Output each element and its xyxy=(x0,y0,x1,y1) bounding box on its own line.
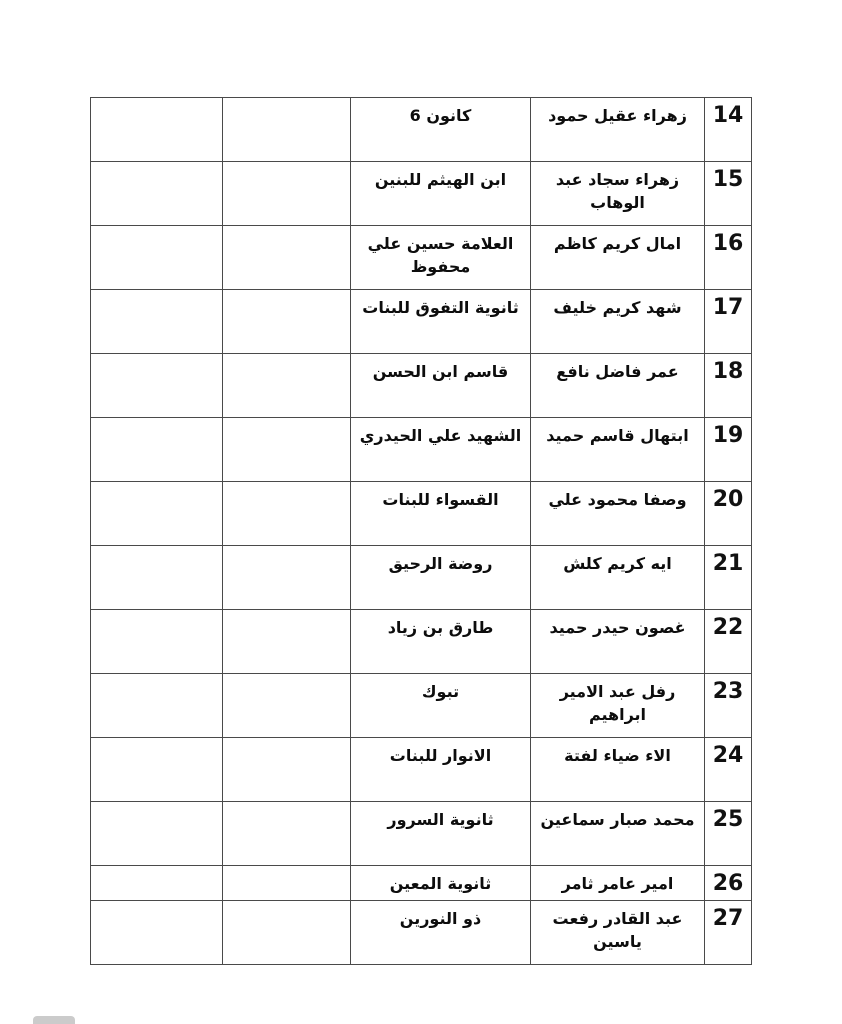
cell-student-name: زهراء عقيل حمود xyxy=(531,98,705,162)
partial-gray-chip xyxy=(33,1016,75,1024)
table-row: ثانوية التفوق للبنات شهد كريم خليف 17 xyxy=(91,290,752,354)
cell-empty-1 xyxy=(91,482,223,546)
cell-school: الشهيد علي الحيدري xyxy=(351,418,531,482)
cell-row-number: 21 xyxy=(705,546,752,610)
cell-empty-1 xyxy=(91,802,223,866)
cell-student-name: غصون حيدر حميد xyxy=(531,610,705,674)
cell-empty-2 xyxy=(223,226,351,290)
table-row: ثانوية المعين امير عامر ثامر 26 xyxy=(91,866,752,901)
cell-school: طارق بن زياد xyxy=(351,610,531,674)
student-roster-table: كانون 6 زهراء عقيل حمود 14 ابن الهيثم لل… xyxy=(90,97,752,965)
cell-student-name: وصفا محمود علي xyxy=(531,482,705,546)
cell-empty-2 xyxy=(223,98,351,162)
cell-student-name: عمر فاضل نافع xyxy=(531,354,705,418)
cell-empty-2 xyxy=(223,546,351,610)
cell-empty-2 xyxy=(223,610,351,674)
cell-student-name: عبد القادر رفعت ياسين xyxy=(531,901,705,965)
table-row: العلامة حسين علي محفوظ امال كريم كاظم 16 xyxy=(91,226,752,290)
table-row: ذو النورين عبد القادر رفعت ياسين 27 xyxy=(91,901,752,965)
table-row: الانوار للبنات الاء ضياء لفتة 24 xyxy=(91,738,752,802)
cell-row-number: 27 xyxy=(705,901,752,965)
cell-student-name: زهراء سجاد عبد الوهاب xyxy=(531,162,705,226)
cell-school: ثانوية السرور xyxy=(351,802,531,866)
cell-empty-1 xyxy=(91,610,223,674)
cell-empty-1 xyxy=(91,354,223,418)
cell-student-name: الاء ضياء لفتة xyxy=(531,738,705,802)
cell-student-name: شهد كريم خليف xyxy=(531,290,705,354)
cell-row-number: 17 xyxy=(705,290,752,354)
cell-student-name: ابتهال قاسم حميد xyxy=(531,418,705,482)
cell-student-name: محمد صبار سماعين xyxy=(531,802,705,866)
cell-school: روضة الرحيق xyxy=(351,546,531,610)
cell-school: ذو النورين xyxy=(351,901,531,965)
table-row: قاسم ابن الحسن عمر فاضل نافع 18 xyxy=(91,354,752,418)
cell-empty-2 xyxy=(223,901,351,965)
cell-row-number: 15 xyxy=(705,162,752,226)
cell-school: القسواء للبنات xyxy=(351,482,531,546)
cell-row-number: 23 xyxy=(705,674,752,738)
cell-row-number: 25 xyxy=(705,802,752,866)
cell-school: ثانوية المعين xyxy=(351,866,531,901)
cell-row-number: 18 xyxy=(705,354,752,418)
cell-row-number: 16 xyxy=(705,226,752,290)
cell-school: كانون 6 xyxy=(351,98,531,162)
cell-empty-2 xyxy=(223,354,351,418)
cell-empty-1 xyxy=(91,162,223,226)
cell-school: العلامة حسين علي محفوظ xyxy=(351,226,531,290)
table-row: تبوك رفل عبد الامير ابراهيم 23 xyxy=(91,674,752,738)
table-body: كانون 6 زهراء عقيل حمود 14 ابن الهيثم لل… xyxy=(91,98,752,965)
cell-empty-2 xyxy=(223,674,351,738)
cell-empty-1 xyxy=(91,226,223,290)
cell-empty-2 xyxy=(223,738,351,802)
table-row: طارق بن زياد غصون حيدر حميد 22 xyxy=(91,610,752,674)
cell-school: ابن الهيثم للبنين xyxy=(351,162,531,226)
table-row: ثانوية السرور محمد صبار سماعين 25 xyxy=(91,802,752,866)
cell-row-number: 20 xyxy=(705,482,752,546)
scanned-document-page: كانون 6 زهراء عقيل حمود 14 ابن الهيثم لل… xyxy=(0,0,842,1024)
cell-row-number: 19 xyxy=(705,418,752,482)
table-row: الشهيد علي الحيدري ابتهال قاسم حميد 19 xyxy=(91,418,752,482)
cell-row-number: 24 xyxy=(705,738,752,802)
cell-student-name: امير عامر ثامر xyxy=(531,866,705,901)
table-row: القسواء للبنات وصفا محمود علي 20 xyxy=(91,482,752,546)
cell-student-name: امال كريم كاظم xyxy=(531,226,705,290)
cell-row-number: 14 xyxy=(705,98,752,162)
cell-empty-1 xyxy=(91,290,223,354)
cell-empty-2 xyxy=(223,418,351,482)
cell-empty-1 xyxy=(91,901,223,965)
cell-empty-1 xyxy=(91,738,223,802)
cell-empty-2 xyxy=(223,802,351,866)
cell-school: ثانوية التفوق للبنات xyxy=(351,290,531,354)
cell-empty-1 xyxy=(91,546,223,610)
cell-row-number: 26 xyxy=(705,866,752,901)
cell-student-name: ايه كريم كلش xyxy=(531,546,705,610)
cell-empty-1 xyxy=(91,98,223,162)
cell-student-name: رفل عبد الامير ابراهيم xyxy=(531,674,705,738)
cell-empty-2 xyxy=(223,162,351,226)
cell-empty-1 xyxy=(91,674,223,738)
cell-empty-1 xyxy=(91,866,223,901)
cell-school: تبوك xyxy=(351,674,531,738)
cell-row-number: 22 xyxy=(705,610,752,674)
cell-empty-2 xyxy=(223,482,351,546)
cell-school: الانوار للبنات xyxy=(351,738,531,802)
table-row: كانون 6 زهراء عقيل حمود 14 xyxy=(91,98,752,162)
cell-empty-1 xyxy=(91,418,223,482)
cell-school: قاسم ابن الحسن xyxy=(351,354,531,418)
table-row: ابن الهيثم للبنين زهراء سجاد عبد الوهاب … xyxy=(91,162,752,226)
table-row: روضة الرحيق ايه كريم كلش 21 xyxy=(91,546,752,610)
cell-empty-2 xyxy=(223,866,351,901)
cell-empty-2 xyxy=(223,290,351,354)
